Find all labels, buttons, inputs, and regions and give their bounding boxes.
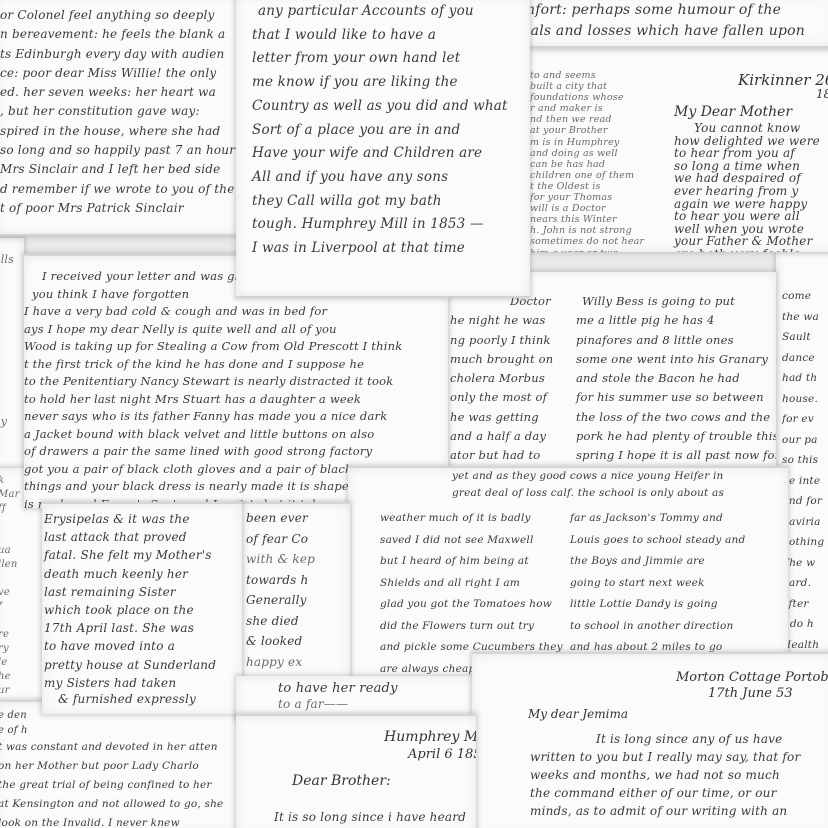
letter-date: April 6 185: [384, 746, 476, 764]
handwritten-line: I have a very bad cold & cough and was i…: [24, 303, 448, 321]
handwritten-line: ays I hope my dear Nelly is quite well a…: [24, 321, 448, 339]
handwritten-line: at Kensington and not allowed to go, she: [0, 795, 240, 814]
handwritten-line: e of h: [0, 723, 240, 738]
letter-fragment-weather: yet and as they good cows a nice young H…: [348, 466, 788, 680]
handwritten-line: Willy Bess is going to put: [576, 292, 776, 311]
handwritten-line: Erysipelas & it was the: [44, 510, 242, 528]
handwritten-line: All and if you have any sons: [252, 166, 530, 190]
handwritten-line: nfort: perhaps some humour of the: [526, 0, 828, 21]
handwritten-line: pretty house at Sunderland: [44, 656, 242, 674]
handwritten-line: spring I hope it is all past now for: [576, 446, 776, 465]
handwritten-line: or Colonel feel anything so deeply: [0, 6, 240, 25]
handwritten-line: Generally: [246, 590, 350, 611]
handwritten-line: our pa: [782, 430, 828, 451]
handwritten-line: and stole the Bacon he had: [576, 369, 776, 388]
handwritten-line: ve: [0, 586, 46, 600]
handwritten-line: to hear you were all: [674, 210, 828, 223]
handwritten-line: had th: [782, 368, 828, 389]
letter-fragment-left-strip-upper: ells ay s: [0, 238, 24, 470]
handwritten-line: f: [0, 600, 46, 614]
handwritten-line: the wa: [782, 307, 828, 328]
handwritten-line: been ever: [246, 508, 350, 529]
handwritten-line: dance: [782, 348, 828, 369]
handwritten-line: t of poor Mrs Patrick Sinclair: [0, 199, 240, 218]
handwritten-line: d remember if we wrote to you of the: [0, 180, 240, 199]
handwritten-line: the loss of the two cows and the: [576, 408, 776, 427]
handwritten-line: spired in the house, where she had: [0, 122, 240, 141]
handwritten-line: so this: [782, 450, 828, 471]
handwritten-line: of drawers a pair the same lined with go…: [24, 443, 448, 461]
handwritten-line: little Lottie Dandy is going: [570, 594, 788, 616]
handwritten-line: letter from your own hand let: [252, 47, 530, 71]
letter-fragment-dear-brother: Humphrey Mill April 6 185 Dear Brother: …: [236, 714, 476, 828]
handwritten-line: ts Edinburgh every day with audien: [0, 45, 240, 64]
handwritten-line: le: [0, 656, 46, 670]
handwritten-line: hard.: [782, 573, 828, 594]
letter-place: Humphrey Mill: [384, 728, 476, 746]
handwritten-line: are both very feeble: [674, 248, 828, 252]
letter-place: Morton Cottage Portobe: [676, 670, 828, 686]
handwritten-line: t the first trick of the kind he has don…: [24, 356, 448, 374]
handwritten-line: some one went into his Granary: [576, 350, 776, 369]
letter-place-date: Kirkinner 26th: [738, 72, 828, 88]
handwritten-line: nothing: [782, 532, 828, 553]
handwritten-line: I do h: [782, 614, 828, 635]
letter-salutation: My dear Jemima: [528, 706, 828, 722]
handwritten-line: he: [0, 670, 46, 684]
handwritten-line: pork he had plenty of trouble this: [576, 427, 776, 446]
letter-fragment-morton-cottage: Morton Cottage Portobe 17th June 53 My d…: [472, 652, 828, 828]
letter-salutation: Dear Brother:: [292, 772, 476, 790]
letter-year: 18: [738, 88, 828, 100]
handwritten-line: 2nd for: [782, 491, 828, 512]
handwritten-line: 17th April last. She was: [44, 619, 242, 637]
handwritten-line: to school in another direction: [570, 616, 788, 638]
letter-fragment-colonel: or Colonel feel anything so deeply n ber…: [0, 0, 240, 236]
handwritten-line: minds, as to admit of our writing with a…: [530, 802, 828, 820]
handwritten-line: s: [0, 435, 24, 462]
handwritten-line: re: [0, 628, 46, 642]
letter-fragment-towards: been ever of fear Co with & kep towards …: [240, 502, 350, 702]
handwritten-line: me know if you are liking the: [252, 71, 530, 95]
handwritten-line: the great trial of being confined to her: [0, 776, 240, 795]
handwritten-line: [0, 530, 46, 544]
handwritten-line: [0, 327, 24, 354]
handwritten-line: death much keenly her: [44, 565, 242, 583]
handwritten-line: Have your wife and Children are: [252, 142, 530, 166]
handwritten-line: [0, 273, 24, 300]
handwritten-line: ed. her seven weeks: her heart wa: [0, 83, 240, 102]
letter-fragment-erysipelas: Erysipelas & it was the last attack that…: [42, 502, 242, 714]
handwritten-line: never says who is its father Fanny has m…: [24, 408, 448, 426]
handwritten-line: pinafores and 8 little ones: [576, 331, 776, 350]
handwritten-line: of fear Co: [246, 529, 350, 550]
handwritten-line: ry: [0, 642, 46, 656]
handwritten-line: llen: [0, 558, 46, 572]
handwritten-line: to have her ready: [278, 680, 476, 697]
handwritten-line: far as Jackson's Tommy and: [570, 508, 788, 530]
handwritten-line: to have moved into a: [44, 637, 242, 655]
handwritten-line: house.: [782, 389, 828, 410]
handwritten-line: ur: [0, 684, 46, 698]
handwritten-line: towards h: [246, 570, 350, 591]
handwritten-line: ua: [0, 544, 46, 558]
handwritten-line: happy ex: [246, 652, 350, 673]
handwritten-line: so long and so happily past 7 an hour: [0, 141, 240, 160]
handwritten-line: , but her constitution gave way:: [0, 102, 240, 121]
handwritten-line: a Jacket bound with black velvet and lit…: [24, 426, 448, 444]
handwritten-line: come: [782, 286, 828, 307]
letter-fragment-constant: e den e of h t was constant and devoted …: [0, 700, 240, 828]
handwritten-line: the Boys and Jimmie are: [570, 551, 788, 573]
handwritten-line: to hear from you af: [674, 147, 828, 160]
handwritten-line: great deal of loss calf. the school is o…: [352, 485, 788, 502]
handwritten-line: [0, 572, 46, 586]
handwritten-line: It is so long since i have heard: [274, 808, 476, 826]
handwritten-line: she died: [246, 611, 350, 632]
handwritten-line: Laviria: [782, 512, 828, 533]
handwritten-line: they Call willa got my bath: [252, 190, 530, 214]
handwritten-line: yet and as they good cows a nice young H…: [352, 468, 788, 485]
handwritten-line: [0, 354, 24, 381]
handwritten-line: It is long since any of us have: [530, 730, 828, 748]
handwritten-line: that I would like to have a: [252, 24, 530, 48]
handwritten-line: You cannot know: [674, 122, 828, 135]
handwritten-line: The w: [782, 553, 828, 574]
letter-fragment-humour-strip: nfort: perhaps some humour of the ials a…: [522, 0, 828, 48]
handwritten-line: any particular Accounts of you: [252, 0, 530, 24]
handwritten-line: [0, 614, 46, 628]
handwritten-line: look on the Invalid. I never knew: [0, 814, 240, 828]
handwritten-line: last remaining Sister: [44, 583, 242, 601]
letter-salutation: My Dear Mother: [674, 104, 828, 120]
handwritten-line: fatal. She felt my Mother's: [44, 546, 242, 564]
handwritten-line: Louis goes to school steady and: [570, 530, 788, 552]
handwritten-line: ay: [0, 408, 24, 435]
handwritten-line: going to start next week: [570, 573, 788, 595]
handwritten-line: for ev: [782, 409, 828, 430]
handwritten-line: to the Penitentiary Nancy Stewart is nea…: [24, 373, 448, 391]
handwritten-line: to a far——: [278, 697, 476, 712]
letter-fragment-kirkinner: to and seems built a city that foundatio…: [526, 46, 828, 252]
handwritten-line: with & kep: [246, 549, 350, 570]
handwritten-line: & furnished expressly: [44, 692, 242, 706]
handwritten-line: the command either of our time, or our: [530, 784, 828, 802]
handwritten-line: Country as well as you did and what: [252, 95, 530, 119]
handwritten-line: for his summer use so between: [576, 388, 776, 407]
handwritten-line: ce: poor dear Miss Willie! the only: [0, 64, 240, 83]
handwritten-line: I was in Liverpool at that time: [252, 237, 530, 261]
handwritten-line: [0, 516, 46, 530]
handwritten-line: last attack that proved: [44, 528, 242, 546]
handwritten-line: me a little pig he has 4: [576, 311, 776, 330]
handwritten-line: Sault: [782, 327, 828, 348]
handwritten-line: Wood is taking up for Stealing a Cow fro…: [24, 338, 448, 356]
letter-fragment-particular-accounts: any particular Accounts of you that I wo…: [236, 0, 530, 298]
handwritten-line: & looked: [246, 631, 350, 652]
handwritten-line: my Sisters had taken: [44, 674, 242, 692]
handwritten-line: t was constant and devoted in her atten: [0, 738, 240, 757]
handwritten-line: ells: [0, 246, 24, 273]
handwritten-line: Sort of a place you are in and: [252, 119, 530, 143]
handwritten-line: on her Mother but poor Lady Charlo: [0, 757, 240, 776]
handwritten-line: to hold her last night Mrs Stuart has a …: [24, 391, 448, 409]
handwritten-line: ials and losses which have fallen upon: [526, 21, 828, 42]
handwritten-line: [0, 381, 24, 408]
letter-date: 17th June 53: [676, 686, 828, 702]
handwritten-line: weeks and months, we had not so much: [530, 766, 828, 784]
handwritten-line: tough. Humphrey Mill in 1853 —: [252, 213, 530, 237]
handwritten-line: he inte: [782, 471, 828, 492]
handwritten-line: Mrs Sinclair and I left her bed side: [0, 160, 240, 179]
handwritten-line: n bereavement: he feels the blank a: [0, 25, 240, 44]
handwritten-line: [0, 300, 24, 327]
handwritten-line: which took place on the: [44, 601, 242, 619]
handwritten-line: ever hearing from y: [674, 185, 828, 198]
handwritten-line: after: [782, 594, 828, 615]
handwritten-line: written to you but I really may say, tha…: [530, 748, 828, 766]
